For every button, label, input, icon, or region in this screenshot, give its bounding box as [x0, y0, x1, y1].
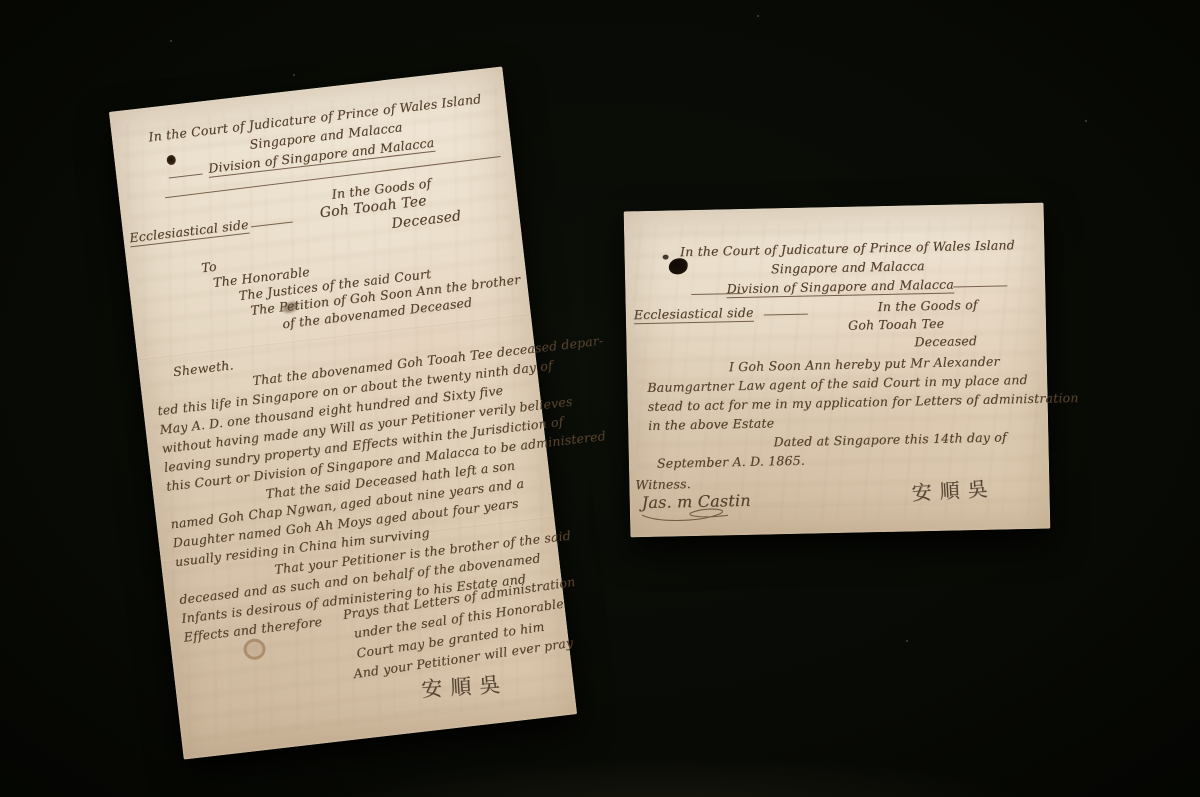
dust-speck: [757, 15, 759, 17]
photograph-background: In the Court of Judicature of Prince of …: [0, 0, 1200, 797]
appointment-body-line: in the above Estate: [648, 415, 774, 433]
to-label: To: [201, 259, 218, 276]
dated-line: Dated at Singapore this 14th day of: [773, 429, 1007, 449]
dust-speck: [1085, 120, 1087, 122]
ecclesiastical-side-label: Ecclesiastical side: [129, 217, 250, 248]
division-heading: Division of Singapore and Malacca: [726, 277, 954, 299]
signature-flourish: [638, 504, 768, 523]
right-document: In the Court of Judicature of Prince of …: [624, 203, 1051, 538]
dust-speck: [906, 640, 908, 642]
in-the-goods-of: In the Goods of: [878, 297, 978, 314]
appointment-body-line: I Goh Soon Ann hereby put Mr Alexander: [729, 354, 1000, 375]
witness-label: Witness.: [635, 476, 691, 492]
ink-dash: [251, 222, 293, 228]
dust-speck: [293, 74, 295, 76]
dated-line: September A. D. 1865.: [657, 453, 805, 471]
ecclesiastical-side-label: Ecclesiastical side: [634, 305, 754, 325]
ring-stain: [242, 638, 266, 661]
sheweth-label: Sheweth.: [172, 357, 234, 379]
dust-speck: [170, 40, 172, 42]
ink-dash: [764, 314, 808, 316]
left-document: In the Court of Judicature of Prince of …: [109, 66, 577, 759]
chinese-signature: 安順吳: [420, 668, 509, 703]
deceased-name: Goh Tooah Tee: [848, 316, 944, 333]
chinese-signature: 安順吳: [911, 472, 996, 506]
deceased-label: Deceased: [914, 333, 977, 349]
